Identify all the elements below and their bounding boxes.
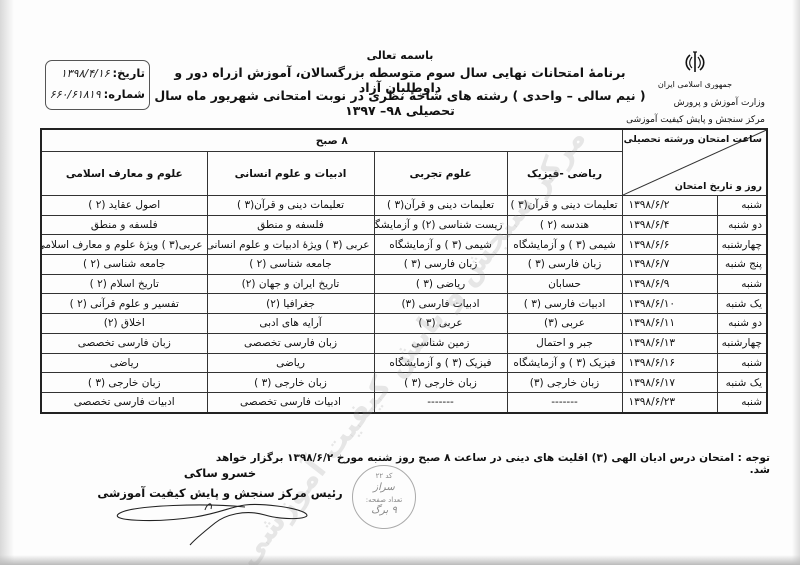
table-row: دو شنبه ۱۳۹۸/۶/۱۱ عربی (۳) عربی (۳ ) آرا… (41, 314, 767, 334)
table-row: پنج شنبه ۱۳۹۸/۶/۷ زبان فارسی (۳ ) زبان ف… (41, 255, 767, 275)
date-cell: ۱۳۹۸/۶/۲ (622, 196, 717, 216)
subject-cell: ادبیات فارسی تخصصی (207, 392, 374, 412)
subject-cell: جغرافیا (۲) (207, 294, 374, 314)
column-header-experimental-sciences: علوم تجربی (374, 152, 507, 196)
corner-header-cell: ساعت امتحان ورشته تحصیلی روز و تاریخ امت… (622, 129, 767, 196)
ministry-name: وزارت آموزش و پرورش (640, 98, 765, 108)
subject-cell: حسابان (507, 274, 622, 294)
subject-cell: زمین شناسی (374, 333, 507, 353)
scan-shadow (0, 555, 800, 565)
subject-cell: زبان خارجی (۳ ) (207, 373, 374, 393)
day-cell: شنبه (717, 274, 767, 294)
subject-cell: عربی (۳ ) (374, 314, 507, 334)
day-cell: شنبه (717, 392, 767, 412)
signature-icon (95, 495, 325, 550)
stamp-page-count-label: تعداد صفحه: (353, 496, 415, 504)
time-header: ۸ صبح (41, 129, 622, 152)
exam-schedule-table: ساعت امتحان ورشته تحصیلی روز و تاریخ امت… (40, 128, 768, 414)
table-row: دو شنبه ۱۳۹۸/۶/۴ هندسه (۲ ) زیست شناسی (… (41, 215, 767, 235)
subject-cell: فلسفه و منطق (207, 215, 374, 235)
table-row: شنبه ۱۳۹۸/۶/۲ تعلیمات دینی و قرآن(۳ ) تع… (41, 196, 767, 216)
subject-cell: شیمی (۳ ) و آزمایشگاه (374, 235, 507, 255)
stamp-page-count: ۹ برگ (353, 505, 415, 516)
subject-cell: عربی (۳) (507, 314, 622, 334)
corner-header-top: ساعت امتحان ورشته تحصیلی (624, 134, 762, 145)
day-cell: شنبه (717, 196, 767, 216)
document-subtitle: ( نیم سالی – واحدی ) رشته های شاخۀ نظری … (150, 88, 650, 118)
date-label: تاریخ: (113, 66, 145, 80)
date-cell: ۱۳۹۸/۶/۹ (622, 274, 717, 294)
iran-emblem-icon (682, 50, 708, 74)
signatory-name: خسرو ساکی (120, 466, 320, 480)
column-header-literature-humanities: ادبیات و علوم انسانی (207, 152, 374, 196)
scan-shadow (0, 0, 14, 565)
corner-header-bottom: روز و تاریخ امتحان (675, 181, 762, 192)
subject-cell: تعلیمات دینی و قرآن(۳ ) (207, 196, 374, 216)
date-cell: ۱۳۹۸/۶/۱۰ (622, 294, 717, 314)
subject-cell: ریاضی (۳ ) (374, 274, 507, 294)
subject-cell: جبر و احتمال (507, 333, 622, 353)
day-cell: یک شنبه (717, 373, 767, 393)
stamp-code: کد ۲۲ (353, 472, 415, 480)
subject-cell: زبان فارسی (۳ ) (507, 255, 622, 275)
subject-cell: اخلاق (۲) (41, 314, 207, 334)
subject-cell: ------- (507, 392, 622, 412)
country-name: جمهوری اسلامی ایران (640, 80, 750, 89)
subject-cell: اصول عقاید (۲ ) (41, 196, 207, 216)
stamp-text: سراز (353, 482, 415, 493)
subject-cell: تعلیمات دینی و قرآن(۳ ) (374, 196, 507, 216)
day-cell: پنج شنبه (717, 255, 767, 275)
date-number-box: تاریخ: ۱۳۹۸/۴/۱۶ شماره: ۶۶۰/۶۱۸۱۹ (45, 60, 150, 110)
subject-cell: جامعه شناسی (۲ ) (207, 255, 374, 275)
subject-cell: عربی (۳ ) ویژۀ ادبیات و علوم انسانی (207, 235, 374, 255)
basmala: باسمه تعالی (250, 49, 550, 62)
subject-cell: شیمی (۳ ) و آزمایشگاه (507, 235, 622, 255)
subject-cell: فیزیک (۳ ) و آزمایشگاه (374, 353, 507, 373)
date-cell: ۱۳۹۸/۶/۴ (622, 215, 717, 235)
subject-cell: زبان فارسی تخصصی (41, 333, 207, 353)
subject-cell: تفسیر و علوم قرآنی (۲ ) (41, 294, 207, 314)
date-cell: ۱۳۹۸/۶/۷ (622, 255, 717, 275)
document-page: باسمه تعالی برنامۀ امتحانات نهایی سال سو… (0, 0, 800, 565)
subject-cell: جامعه شناسی (۲ ) (41, 255, 207, 275)
subject-cell: ریاضی (41, 353, 207, 373)
subject-cell: ------- (374, 392, 507, 412)
date-cell: ۱۳۹۸/۶/۱۶ (622, 353, 717, 373)
center-name: مرکز سنجش و پایش کیفیت آموزشی (600, 115, 765, 125)
subject-cell: تعلیمات دینی و قرآن(۳ ) (507, 196, 622, 216)
subject-cell: هندسه (۲ ) (507, 215, 622, 235)
subject-cell: زبان فارسی (۳ ) (374, 255, 507, 275)
subject-cell: ریاضی (207, 353, 374, 373)
date-cell: ۱۳۹۸/۶/۱۷ (622, 373, 717, 393)
scan-shadow (792, 0, 800, 565)
day-cell: شنبه (717, 353, 767, 373)
subject-cell: تاریخ ایران و جهان (۲) (207, 274, 374, 294)
table-row: یک شنبه ۱۳۹۸/۶/۱۰ ادبیات فارسی (۳ ) ادبی… (41, 294, 767, 314)
day-cell: چهارشنبه (717, 235, 767, 255)
subject-cell: زبان خارجی (۳ ) (374, 373, 507, 393)
date-cell: ۱۳۹۸/۶/۱۳ (622, 333, 717, 353)
subject-cell: آرایه های ادبی (207, 314, 374, 334)
day-cell: دو شنبه (717, 215, 767, 235)
subject-cell: زیست شناسی (۲) و آزمایشگاه (374, 215, 507, 235)
table-row: چهارشنبه ۱۳۹۸/۶/۶ شیمی (۳ ) و آزمایشگاه … (41, 235, 767, 255)
date-value: ۱۳۹۸/۴/۱۶ (61, 67, 110, 80)
date-cell: ۱۳۹۸/۶/۱۱ (622, 314, 717, 334)
subject-cell: عربی(۳ ) ویژۀ علوم و معارف اسلامی (41, 235, 207, 255)
subject-cell: ادبیات فارسی (۳ ) (507, 294, 622, 314)
subject-cell: زبان فارسی تخصصی (207, 333, 374, 353)
subject-cell: ادبیات فارسی تخصصی (41, 392, 207, 412)
subject-cell: زبان خارجی (۳ ) (41, 373, 207, 393)
subject-cell: فلسفه و منطق (41, 215, 207, 235)
subject-cell: تاریخ اسلام (۲ ) (41, 274, 207, 294)
subject-cell: فیزیک (۳ ) و آزمایشگاه (507, 353, 622, 373)
table-row: شنبه ۱۳۹۸/۶/۹ حسابان ریاضی (۳ ) تاریخ ای… (41, 274, 767, 294)
column-header-math-physics: ریاضی -فیزیک (507, 152, 622, 196)
table-row: یک شنبه ۱۳۹۸/۶/۱۷ زبان خارجی (۳) زبان خا… (41, 373, 767, 393)
day-cell: یک شنبه (717, 294, 767, 314)
table-row: چهارشنبه ۱۳۹۸/۶/۱۳ جبر و احتمال زمین شنا… (41, 333, 767, 353)
subject-cell: ادبیات فارسی (۳) (374, 294, 507, 314)
date-cell: ۱۳۹۸/۶/۶ (622, 235, 717, 255)
column-header-islamic-studies: علوم و معارف اسلامی (41, 152, 207, 196)
day-cell: دو شنبه (717, 314, 767, 334)
number-label: شماره: (104, 87, 145, 101)
official-stamp: کد ۲۲ سراز تعداد صفحه: ۹ برگ (352, 465, 416, 529)
table-row: شنبه ۱۳۹۸/۶/۱۶ فیزیک (۳ ) و آزمایشگاه فی… (41, 353, 767, 373)
table-row: شنبه ۱۳۹۸/۶/۲۳ ------- ------- ادبیات فا… (41, 392, 767, 412)
number-value: ۶۶۰/۶۱۸۱۹ (50, 88, 101, 101)
subject-cell: زبان خارجی (۳) (507, 373, 622, 393)
day-cell: چهارشنبه (717, 333, 767, 353)
date-cell: ۱۳۹۸/۶/۲۳ (622, 392, 717, 412)
